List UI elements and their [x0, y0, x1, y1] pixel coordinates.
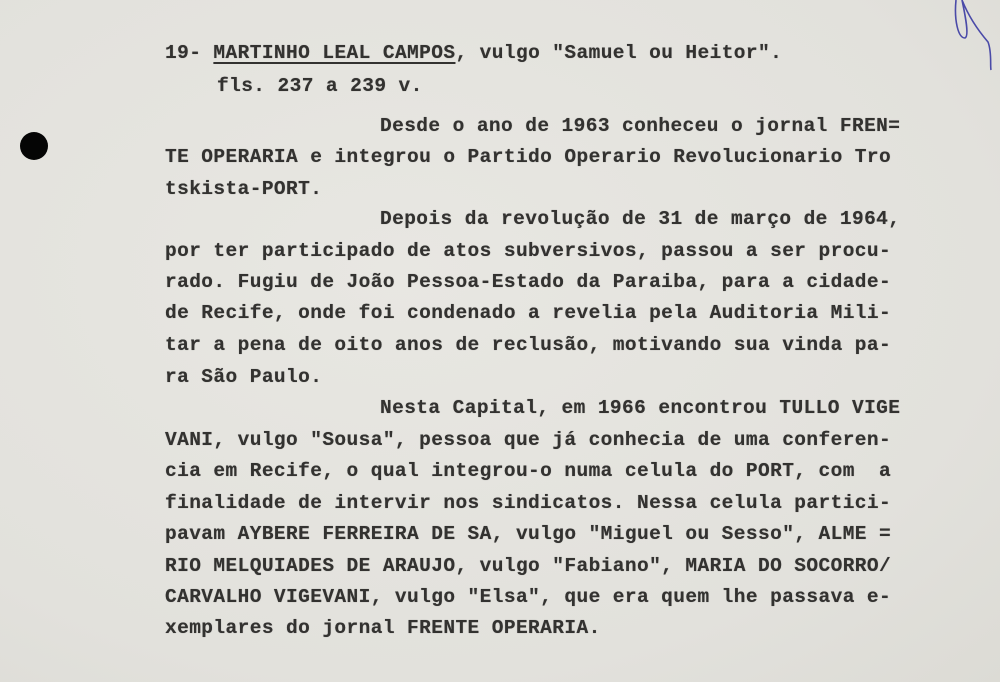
- paragraph-3-line-1: Nesta Capital, em 1966 encontrou TULLO V…: [380, 399, 900, 419]
- paragraph-1-line-3: tskista-PORT.: [165, 180, 322, 200]
- paragraph-3-line-5: pavam AYBERE FERREIRA DE SA, vulgo "Migu…: [165, 525, 891, 545]
- paragraph-2-line-1: Depois da revolução de 31 de março de 19…: [380, 210, 900, 230]
- entry-number: 19-: [165, 42, 201, 64]
- paragraph-2-line-2: por ter participado de atos subversivos,…: [165, 242, 891, 262]
- folio-reference: fls. 237 a 239 v.: [217, 77, 423, 97]
- alias-text: , vulgo "Samuel ou Heitor".: [455, 42, 782, 64]
- paragraph-2-line-3: rado. Fugiu de João Pessoa-Estado da Par…: [165, 273, 891, 293]
- paragraph-2-line-4: de Recife, onde foi condenado a revelia …: [165, 304, 891, 324]
- paragraph-2-line-5: tar a pena de oito anos de reclusão, mot…: [165, 336, 891, 356]
- punch-hole: [20, 132, 48, 160]
- paragraph-3-line-3: cia em Recife, o qual integrou-o numa ce…: [165, 462, 891, 482]
- paragraph-3-line-7: CARVALHO VIGEVANI, vulgo "Elsa", que era…: [165, 588, 891, 608]
- paragraph-3-line-8: xemplares do jornal FRENTE OPERARIA.: [165, 619, 601, 639]
- paragraph-3-line-4: finalidade de intervir nos sindicatos. N…: [165, 494, 891, 514]
- entry-heading: 19- MARTINHO LEAL CAMPOS, vulgo "Samuel …: [165, 44, 782, 64]
- paragraph-2-line-6: ra São Paulo.: [165, 368, 322, 388]
- paragraph-1-line-1: Desde o ano de 1963 conheceu o jornal FR…: [380, 117, 900, 137]
- paragraph-3-line-6: RIO MELQUIADES DE ARAUJO, vulgo "Fabiano…: [165, 557, 891, 577]
- paragraph-1-line-2: TE OPERARIA e integrou o Partido Operari…: [165, 148, 891, 168]
- document-page: 19- MARTINHO LEAL CAMPOS, vulgo "Samuel …: [0, 0, 1000, 682]
- person-name: MARTINHO LEAL CAMPOS: [213, 42, 455, 64]
- pen-annotation-mark: [940, 0, 1000, 80]
- paragraph-3-line-2: VANI, vulgo "Sousa", pessoa que já conhe…: [165, 431, 891, 451]
